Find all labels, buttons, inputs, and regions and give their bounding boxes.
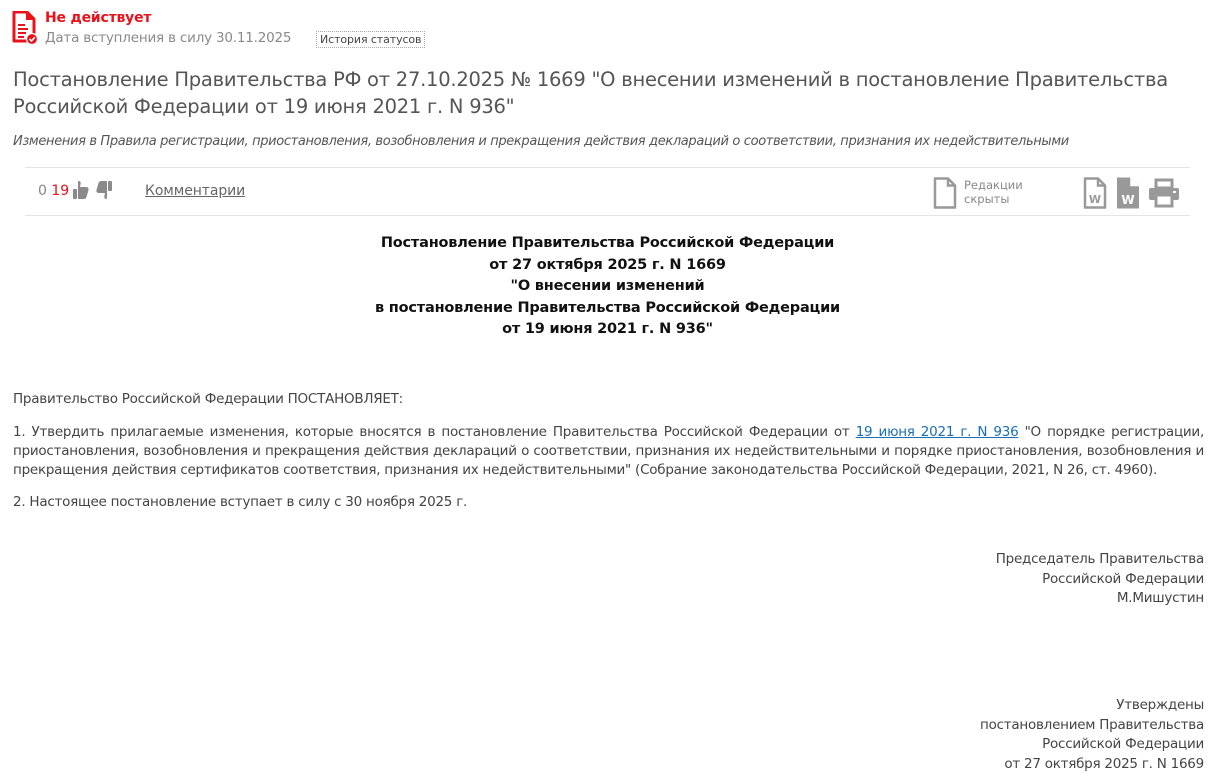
rating: 0 19 — [38, 183, 69, 199]
svg-text:W: W — [1089, 193, 1101, 206]
editions-label: Редакции скрыты — [964, 178, 1023, 206]
rating-count: 19 — [51, 183, 69, 199]
status-title: Не действует — [45, 10, 151, 26]
editions-line1: Редакции — [964, 178, 1023, 192]
rating-zero: 0 — [38, 183, 47, 199]
document-icon — [933, 177, 957, 209]
heading-line: в постановление Правительства Российской… — [0, 298, 1215, 320]
editions-toggle[interactable]: Редакции скрыты — [933, 176, 1043, 210]
document-heading: Постановление Правительства Российской Ф… — [0, 233, 1215, 341]
referenced-resolution-link[interactable]: 19 июня 2021 г. N 936 — [856, 424, 1019, 440]
document-subtitle: Изменения в Правила регистрации, приоста… — [13, 134, 1208, 149]
heading-line: от 19 июня 2021 г. N 936" — [0, 319, 1215, 341]
signature-line: Российской Федерации — [996, 570, 1204, 590]
approval-line: Утверждены — [980, 696, 1204, 716]
comments-link[interactable]: Комментарии — [145, 183, 245, 199]
printer-icon[interactable] — [1147, 178, 1181, 208]
svg-text:W: W — [1121, 193, 1134, 207]
status-history-button[interactable]: История статусов — [316, 31, 425, 48]
document-toolbar: 0 19 Комментарии Редакции скрыты W W — [25, 167, 1190, 216]
paragraph-1: 1. Утвердить прилагаемые изменения, кото… — [13, 423, 1204, 480]
paragraph-2: 2. Настоящее постановление вступает в си… — [13, 493, 1204, 512]
word-doc-filled-icon[interactable]: W — [1116, 177, 1140, 209]
thumbs-down-icon[interactable] — [95, 180, 113, 200]
paragraph-1-text: 1. Утвердить прилагаемые изменения, кото… — [13, 424, 856, 440]
heading-line: от 27 октября 2025 г. N 1669 — [0, 255, 1215, 277]
editions-line2: скрыты — [964, 192, 1023, 206]
thumbs-up-icon[interactable] — [72, 180, 90, 200]
effective-date: Дата вступления в силу 30.11.2025 — [45, 30, 291, 46]
heading-line: Постановление Правительства Российской Ф… — [0, 233, 1215, 255]
page-title: Постановление Правительства РФ от 27.10.… — [13, 66, 1203, 120]
word-doc-icon[interactable]: W — [1083, 177, 1107, 209]
approval-line: от 27 октября 2025 г. N 1669 — [980, 755, 1204, 775]
approval-line: Российской Федерации — [980, 735, 1204, 755]
document-status-icon — [12, 11, 38, 45]
signature-line: Председатель Правительства — [996, 550, 1204, 570]
signature-block: Председатель Правительства Российской Фе… — [996, 550, 1204, 609]
approval-line: постановлением Правительства — [980, 716, 1204, 736]
signature-line: М.Мишустин — [996, 589, 1204, 609]
intro-paragraph: Правительство Российской Федерации ПОСТА… — [13, 390, 1204, 409]
heading-line: "О внесении изменений — [0, 276, 1215, 298]
approval-block: Утверждены постановлением Правительства … — [980, 696, 1204, 774]
